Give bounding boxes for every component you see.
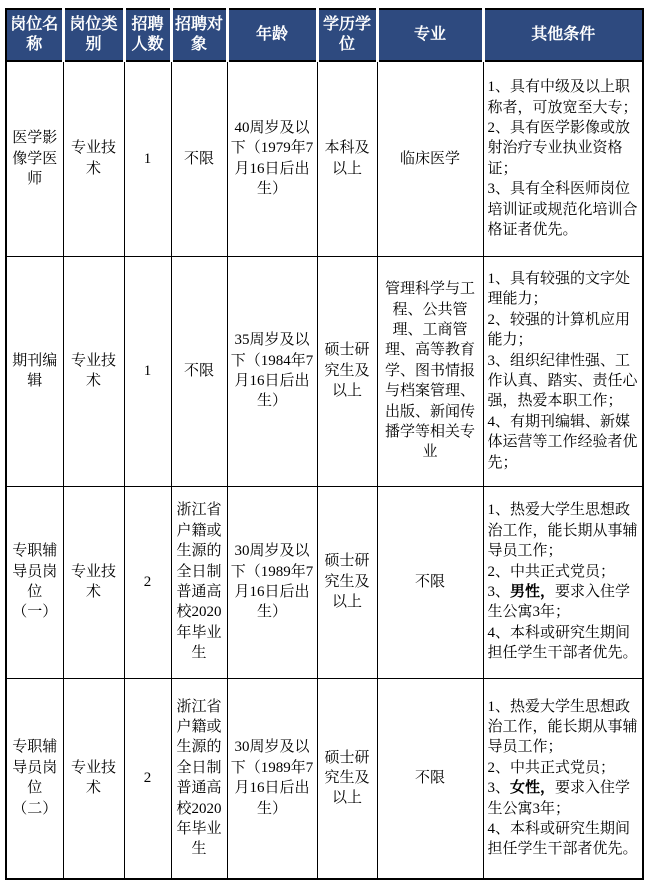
condition-text: 2、中共正式党员；	[488, 564, 616, 580]
cell-category: 专业技术	[63, 61, 124, 256]
condition-text: 1、热爱大学生思想政治工作，能长期从事辅导员工作；	[488, 502, 638, 559]
condition-item: 2、中共正式党员；	[488, 562, 640, 582]
table-header: 岗位名称岗位类别招聘人数招聘对象年龄学历学位专业其他条件	[6, 9, 643, 61]
condition-text: 3、	[488, 584, 511, 600]
condition-text: 1、热爱大学生思想政治工作，能长期从事辅导员工作；	[488, 699, 638, 756]
cell-name: 专职辅导员岗位（一）	[6, 486, 63, 678]
cell-count: 1	[124, 256, 171, 486]
cell-age: 40周岁及以下（1979年7月16日后出生）	[227, 61, 317, 256]
condition-emphasis: 男性，	[510, 584, 555, 600]
column-header-other: 其他条件	[483, 9, 643, 61]
cell-age: 35周岁及以下（1984年7月16日后出生）	[227, 256, 317, 486]
condition-item: 2、较强的计算机应用能力；	[488, 310, 640, 351]
cell-age: 30周岁及以下（1989年7月16日后出生）	[227, 678, 317, 879]
cell-other: 1、热爱大学生思想政治工作，能长期从事辅导员工作；2、中共正式党员；3、女性，要…	[483, 678, 643, 879]
condition-text: 2、较强的计算机应用能力；	[488, 312, 631, 348]
condition-text: 4、有期刊编辑、新媒体运营等工作经验者优先；	[488, 414, 638, 471]
cell-degree: 硕士研究生及以上	[317, 678, 377, 879]
column-header-age: 年龄	[227, 9, 317, 61]
condition-text: 1、具有中级及以上职称者，可放宽至大专；	[488, 79, 638, 115]
condition-item: 4、本科或研究生期间担任学生干部者优先。	[488, 819, 640, 860]
column-header-target: 招聘对象	[171, 9, 227, 61]
condition-text: 3、组织纪律性强、工作认真、踏实、责任心强，热爱本职工作；	[488, 353, 638, 410]
cell-category: 专业技术	[63, 678, 124, 879]
cell-age: 30周岁及以下（1989年7月16日后出生）	[227, 486, 317, 678]
condition-text: 3、	[488, 780, 511, 796]
cell-count: 2	[124, 678, 171, 879]
cell-degree: 硕士研究生及以上	[317, 486, 377, 678]
condition-item: 4、有期刊编辑、新媒体运营等工作经验者优先；	[488, 412, 640, 473]
table-row-3: 专职辅导员岗位（一）专业技术2浙江省户籍或生源的全日制普通高校2020年毕业生3…	[6, 486, 643, 678]
condition-item: 3、女性，要求入住学生公寓3年；	[488, 778, 640, 819]
cell-major: 临床医学	[377, 61, 483, 256]
cell-major: 不限	[377, 678, 483, 879]
condition-emphasis: 女性，	[510, 780, 555, 796]
cell-degree: 硕士研究生及以上	[317, 256, 377, 486]
cell-name: 专职辅导员岗位（二）	[6, 678, 63, 879]
condition-text: 4、本科或研究生期间担任学生干部者优先。	[488, 625, 638, 661]
condition-text: 1、具有较强的文字处理能力；	[488, 271, 631, 307]
condition-item: 3、具有全科医师岗位培训证或规范化培训合格证者优先。	[488, 179, 640, 240]
condition-item: 3、组织纪律性强、工作认真、踏实、责任心强，热爱本职工作；	[488, 351, 640, 412]
cell-other: 1、热爱大学生思想政治工作，能长期从事辅导员工作；2、中共正式党员；3、男性，要…	[483, 486, 643, 678]
condition-item: 2、中共正式党员；	[488, 758, 640, 778]
condition-text: 2、中共正式党员；	[488, 760, 616, 776]
column-header-name: 岗位名称	[6, 9, 63, 61]
condition-item: 4、本科或研究生期间担任学生干部者优先。	[488, 623, 640, 664]
cell-name: 医学影像学医师	[6, 61, 63, 256]
condition-text: 2、具有医学影像或放射治疗专业执业资格证；	[488, 120, 631, 177]
table-body: 医学影像学医师专业技术1不限40周岁及以下（1979年7月16日后出生）本科及以…	[6, 61, 643, 879]
cell-other: 1、具有较强的文字处理能力；2、较强的计算机应用能力；3、组织纪律性强、工作认真…	[483, 256, 643, 486]
cell-target: 浙江省户籍或生源的全日制普通高校2020年毕业生	[171, 486, 227, 678]
cell-category: 专业技术	[63, 256, 124, 486]
cell-major: 管理科学与工程、公共管理、工商管理、高等教育学、图书情报与档案管理、出版、新闻传…	[377, 256, 483, 486]
cell-target: 不限	[171, 256, 227, 486]
condition-item: 1、具有中级及以上职称者，可放宽至大专；	[488, 77, 640, 118]
condition-item: 1、热爱大学生思想政治工作，能长期从事辅导员工作；	[488, 697, 640, 758]
condition-item: 3、男性，要求入住学生公寓3年；	[488, 582, 640, 623]
cell-target: 浙江省户籍或生源的全日制普通高校2020年毕业生	[171, 678, 227, 879]
cell-major: 不限	[377, 486, 483, 678]
condition-item: 2、具有医学影像或放射治疗专业执业资格证；	[488, 118, 640, 179]
table-row-1: 医学影像学医师专业技术1不限40周岁及以下（1979年7月16日后出生）本科及以…	[6, 61, 643, 256]
table-row-2: 期刊编辑专业技术1不限35周岁及以下（1984年7月16日后出生）硕士研究生及以…	[6, 256, 643, 486]
condition-item: 1、热爱大学生思想政治工作，能长期从事辅导员工作；	[488, 500, 640, 561]
cell-count: 2	[124, 486, 171, 678]
table-row-4: 专职辅导员岗位（二）专业技术2浙江省户籍或生源的全日制普通高校2020年毕业生3…	[6, 678, 643, 879]
cell-category: 专业技术	[63, 486, 124, 678]
column-header-category: 岗位类别	[63, 9, 124, 61]
cell-other: 1、具有中级及以上职称者，可放宽至大专；2、具有医学影像或放射治疗专业执业资格证…	[483, 61, 643, 256]
recruitment-table: 岗位名称岗位类别招聘人数招聘对象年龄学历学位专业其他条件 医学影像学医师专业技术…	[5, 8, 644, 880]
cell-target: 不限	[171, 61, 227, 256]
cell-name: 期刊编辑	[6, 256, 63, 486]
condition-item: 1、具有较强的文字处理能力；	[488, 269, 640, 310]
cell-degree: 本科及以上	[317, 61, 377, 256]
column-header-count: 招聘人数	[124, 9, 171, 61]
column-header-degree: 学历学位	[317, 9, 377, 61]
condition-text: 4、本科或研究生期间担任学生干部者优先。	[488, 821, 638, 857]
cell-count: 1	[124, 61, 171, 256]
column-header-major: 专业	[377, 9, 483, 61]
condition-text: 3、具有全科医师岗位培训证或规范化培训合格证者优先。	[488, 181, 638, 238]
recruitment-notice-page: 岗位名称岗位类别招聘人数招聘对象年龄学历学位专业其他条件 医学影像学医师专业技术…	[0, 0, 647, 886]
header-row: 岗位名称岗位类别招聘人数招聘对象年龄学历学位专业其他条件	[6, 9, 643, 61]
